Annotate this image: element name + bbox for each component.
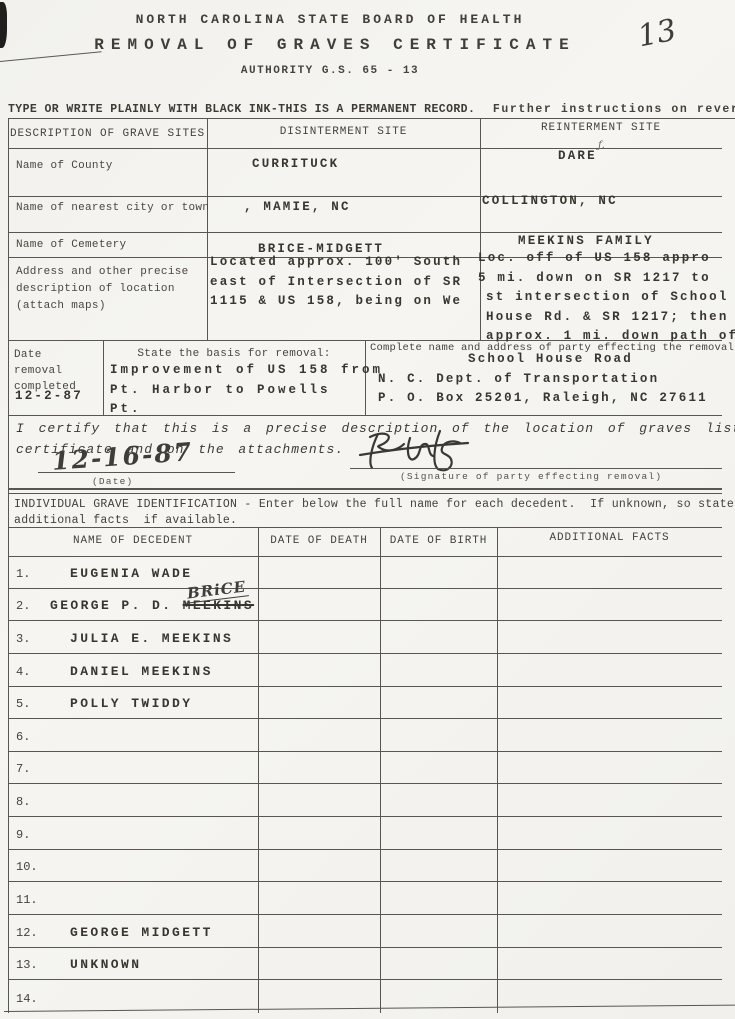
address-disinterment-value: Located approx. 100' South east of Inter… [210,253,462,312]
party-name: N. C. Dept. of Transportation [378,370,659,390]
address-reinterment-value: st intersection of School House Rd. & SR… [486,288,735,347]
city-disinterment-value: , MAMIE, NC [244,198,351,218]
row-number: 9. [8,828,40,842]
stray-mark: ƒ. [598,140,605,151]
rule [8,527,722,528]
row-number: 11. [8,893,40,907]
removal-of-graves-certificate: NORTH CAROLINA STATE BOARD OF HEALTH REM… [0,0,735,1019]
grave-row-3: 3. JULIA E. MEEKINS [8,621,722,654]
row-number: 12. [8,926,40,940]
page-title: REMOVAL OF GRAVES CERTIFICATE [0,36,670,54]
table-top-rule [8,118,735,119]
signature-caption: (Signature of party effecting removal) [400,471,662,482]
date-signature-line [38,472,235,473]
decedent-name: GEORGE MIDGETT [70,925,213,940]
row-number: 4. [8,665,40,679]
grave-row-12: 12. GEORGE MIDGETT [8,915,722,948]
row-number: 8. [8,795,40,809]
grave-rows: 1. EUGENIA WADE 2. GEORGE P. D. MEEKINSB… [8,556,722,1013]
row-number: 1. [8,567,40,581]
grave-row-4: 4. DANIEL MEEKINS [8,654,722,687]
grave-row-6: 6. [8,719,722,752]
county-reinterment-value: DARE [558,147,597,167]
col-header-birth: DATE OF BIRTH [380,535,497,547]
signature-line [350,468,722,469]
basis-value: Improvement of US 158 from Pt. Harbor to… [110,361,383,420]
column-rule [480,118,481,340]
row-number: 6. [8,730,40,744]
basis-label: State the basis for removal: [103,346,365,362]
decedent-name: GEORGE P. D. [50,598,183,613]
grave-row-8: 8. [8,784,722,817]
party-address: P. O. Box 25201, Raleigh, NC 27611 [378,389,708,409]
decedent-name-struck: MEEKINSBRiCE [183,598,254,613]
city-reinterment-value: COLLINGTON, NC [482,192,618,212]
county-disinterment-value: CURRITUCK [252,155,339,175]
grave-row-9: 9. [8,817,722,850]
decedent-name: JULIA E. MEEKINS [70,631,233,646]
col-header-death: DATE OF DEATH [258,535,380,547]
grave-section-title: INDIVIDUAL GRAVE IDENTIFICATION - Enter … [14,497,735,529]
address-reinterment-value-top: Loc. off of US 158 appro 5 mi. down on S… [478,249,711,288]
grave-row-1: 1. EUGENIA WADE [8,556,722,589]
date-removal-value: 12-2-87 [15,387,83,407]
row-number: 2. [8,599,40,613]
date-caption: (Date) [92,476,133,487]
rule [8,148,722,149]
instruction-line: TYPE OR WRITE PLAINLY WITH BLACK INK-THI… [8,99,735,117]
instruction-note: Further instructions on reverse side [493,103,735,116]
org-title: NORTH CAROLINA STATE BOARD OF HEALTH [0,12,660,27]
signature-scrawl [356,428,506,472]
grave-row-7: 7. [8,752,722,785]
divider-rule [8,488,722,490]
handwritten-page-number: 13 [635,13,679,55]
col-header-reinterment: REINTERMENT SITE [480,122,722,134]
divider-rule [8,493,722,494]
row-label-city: Name of nearest city or town [16,200,209,216]
instruction-bold: TYPE OR WRITE PLAINLY WITH BLACK INK-THI… [8,103,475,116]
decedent-name: UNKNOWN [70,957,141,972]
col-header-facts: ADDITIONAL FACTS [497,532,722,544]
row-number: 13. [8,958,40,972]
row-label-address: Address and other precise description of… [16,264,189,315]
authority-line: AUTHORITY G.S. 65 - 13 [0,65,660,77]
row-number: 14. [8,992,40,1006]
grave-row-11: 11. [8,882,722,915]
grave-row-5: 5. POLLY TWIDDY [8,687,722,720]
row-number: 7. [8,762,40,776]
row-number: 3. [8,632,40,646]
grave-row-10: 10. [8,850,722,883]
row-label-county: Name of County [16,158,113,174]
column-rule [207,118,208,340]
grave-row-2: 2. GEORGE P. D. MEEKINSBRiCE [8,589,722,622]
col-header-decedent: NAME OF DECEDENT [8,535,258,547]
decedent-name: DANIEL MEEKINS [70,664,213,679]
grave-row-13: 13. UNKNOWN [8,948,722,981]
col-header-description: DESCRIPTION OF GRAVE SITES [8,128,207,140]
row-number: 10. [8,860,40,874]
row-label-cemetery: Name of Cemetery [16,237,126,253]
decedent-name: EUGENIA WADE [70,566,192,581]
decedent-name: POLLY TWIDDY [70,696,192,711]
col-header-disinterment: DISINTERMENT SITE [207,126,480,138]
party-overflow-line: School House Road [468,350,633,370]
row-number: 5. [8,697,40,711]
